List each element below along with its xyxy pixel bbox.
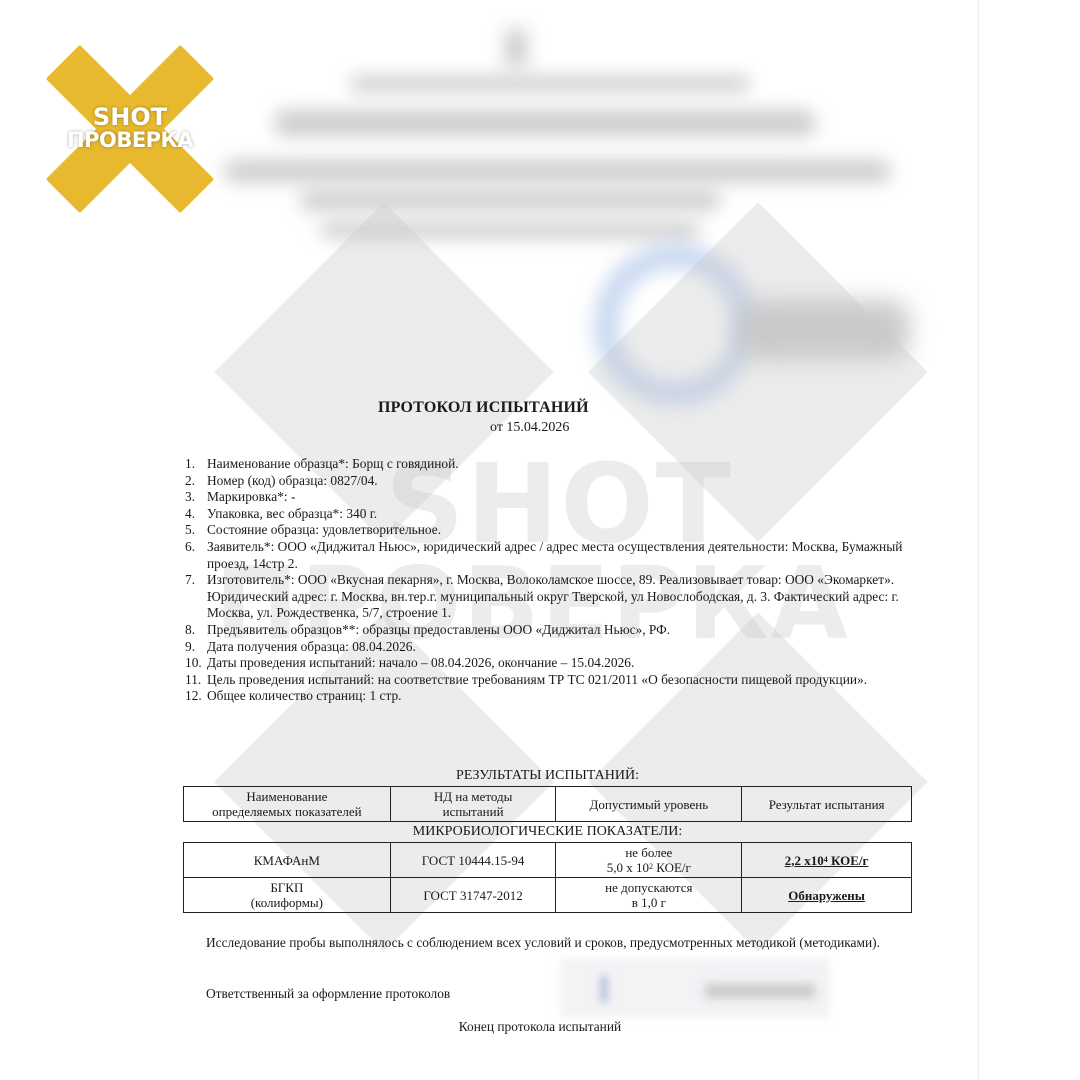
header-method: НД на методыиспытаний <box>390 787 556 822</box>
list-item: 6.Заявитель*: ООО «Диджитал Ньюс», юриди… <box>185 539 905 572</box>
list-item: 5.Состояние образца: удовлетворительное. <box>185 522 905 539</box>
results-table: КМАФАнМ ГОСТ 10444.15-94 не более5,0 x 1… <box>183 842 912 913</box>
results-title: РЕЗУЛЬТАТЫ ИСПЫТАНИЙ: <box>183 768 912 784</box>
table-row: КМАФАнМ ГОСТ 10444.15-94 не более5,0 x 1… <box>184 843 912 878</box>
logo-text-shot: SHOT <box>50 103 210 131</box>
section-title-microbiology: МИКРОБИОЛОГИЧЕСКИЕ ПОКАЗАТЕЛИ: <box>183 824 912 840</box>
cell-result: 2,2 x104 КОЕ/г <box>742 843 912 878</box>
page-edge <box>978 0 979 1080</box>
list-item: 12.Общее количество страниц: 1 стр. <box>185 688 905 705</box>
list-item: 11.Цель проведения испытаний: на соответ… <box>185 672 905 689</box>
shot-proverka-logo: SHOT ПРОВЕРКА <box>50 50 210 210</box>
cell-method: ГОСТ 31747-2012 <box>390 878 556 913</box>
list-item: 10.Даты проведения испытаний: начало – 0… <box>185 655 905 672</box>
cell-indicator: БГКП(колиформы) <box>184 878 391 913</box>
cell-indicator: КМАФАнМ <box>184 843 391 878</box>
results-table-header: Наименованиеопределяемых показателей НД … <box>183 786 912 822</box>
list-item: 8.Предъявитель образцов**: образцы предо… <box>185 622 905 639</box>
header-limit: Допустимый уровень <box>556 787 742 822</box>
signature-mark <box>600 976 608 1002</box>
cell-method: ГОСТ 10444.15-94 <box>390 843 556 878</box>
list-item: 2.Номер (код) образца: 0827/04. <box>185 473 905 490</box>
header-indicator: Наименованиеопределяемых показателей <box>184 787 391 822</box>
methodology-note: Исследование пробы выполнялось с соблюде… <box>206 934 906 951</box>
logo-text-proverka: ПРОВЕРКА <box>50 128 210 152</box>
list-item: 3.Маркировка*: - <box>185 489 905 506</box>
list-item: 9.Дата получения образца: 08.04.2026. <box>185 639 905 656</box>
table-header-row: Наименованиеопределяемых показателей НД … <box>184 787 912 822</box>
signer-name-blurred <box>705 984 815 998</box>
list-item: 4.Упаковка, вес образца*: 340 г. <box>185 506 905 523</box>
document-date: от 15.04.2026 <box>490 420 569 436</box>
cell-limit: не допускаютсяв 1,0 г <box>556 878 742 913</box>
cell-result: Обнаружены <box>742 878 912 913</box>
list-item: 7.Изготовитель*: ООО «Вкусная пекарня», … <box>185 572 905 622</box>
responsible-label: Ответственный за оформление протоколов <box>206 986 450 1002</box>
sample-info-list: 1.Наименование образца*: Борщ с говядино… <box>185 456 905 705</box>
table-row: БГКП(колиформы) ГОСТ 31747-2012 не допус… <box>184 878 912 913</box>
cell-limit: не более5,0 x 102 КОЕ/г <box>556 843 742 878</box>
end-of-protocol: Конец протокола испытаний <box>0 1019 1080 1035</box>
list-item: 1.Наименование образца*: Борщ с говядино… <box>185 456 905 473</box>
document-title: ПРОТОКОЛ ИСПЫТАНИЙ <box>378 399 589 417</box>
header-result: Результат испытания <box>742 787 912 822</box>
